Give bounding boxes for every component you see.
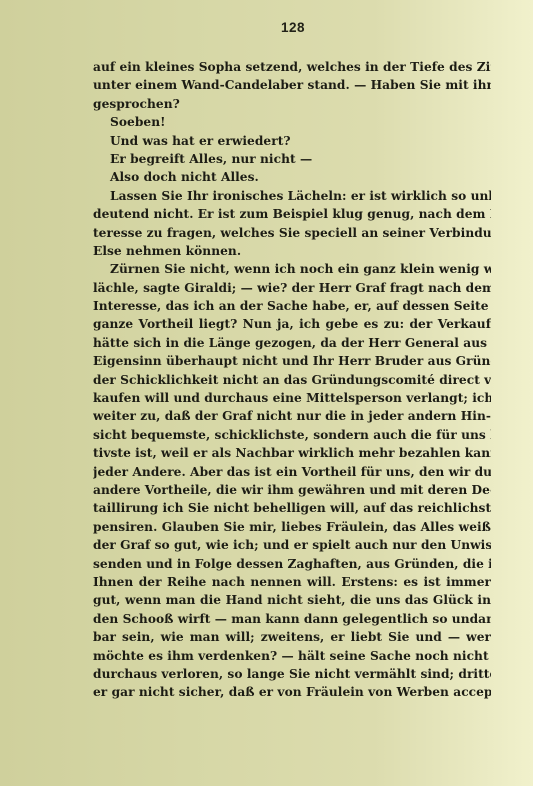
- text-line: gesprochen?: [93, 95, 491, 113]
- text-line: lächle, sagte Giraldi; — wie? der Herr G…: [93, 279, 491, 297]
- text-line: auf ein kleines Sopha setzend, welches i…: [93, 58, 491, 76]
- text-line: Interesse, das ich an der Sache habe, er…: [93, 297, 491, 315]
- text-line: ganze Vortheil liegt? Nun ja, ich gebe e…: [93, 315, 491, 333]
- text-line: jeder Andere. Aber das ist ein Vortheil …: [93, 463, 491, 481]
- text-line: Else nehmen können.: [93, 242, 491, 260]
- text-line: senden und in Folge dessen Zaghaften, au…: [93, 555, 491, 573]
- text-line: er gar nicht sicher, daß er von Fräulein…: [93, 683, 491, 701]
- text-line: kaufen will und durchaus eine Mittelsper…: [93, 389, 491, 407]
- text-line: Ihnen der Reihe nach nennen will. Ersten…: [93, 573, 491, 591]
- text-line: unter einem Wand-Candelaber stand. — Hab…: [93, 76, 491, 94]
- text-line: taillirung ich Sie nicht behelligen will…: [93, 499, 491, 517]
- text-line: Eigensinn überhaupt nicht und Ihr Herr B…: [93, 352, 491, 370]
- text-line: teresse zu fragen, welches Sie speciell …: [93, 224, 491, 242]
- text-line: Lassen Sie Ihr ironisches Lächeln: er is…: [93, 187, 491, 205]
- text-line: Er begreift Alles, nur nicht —: [93, 150, 491, 168]
- text-line: der Schicklichkeit nicht an das Gründung…: [93, 371, 491, 389]
- text-line: der Graf so gut, wie ich; und er spielt …: [93, 536, 491, 554]
- text-line: den Schooß wirft — man kann dann gelegen…: [93, 610, 491, 628]
- text-line: Also doch nicht Alles.: [93, 168, 491, 186]
- text-line: hätte sich in die Länge gezogen, da der …: [93, 334, 491, 352]
- text-line: andere Vortheile, die wir ihm gewähren u…: [93, 481, 491, 499]
- body-text: auf ein kleines Sopha setzend, welches i…: [93, 58, 491, 702]
- text-line: Soeben!: [93, 113, 491, 131]
- text-line: Zürnen Sie nicht, wenn ich noch ein ganz…: [93, 260, 491, 278]
- book-page: 128 auf ein kleines Sopha setzend, welch…: [0, 0, 533, 786]
- text-line: deutend nicht. Er ist zum Beispiel klug …: [93, 205, 491, 223]
- text-line: Und was hat er erwiedert?: [93, 132, 491, 150]
- text-line: weiter zu, daß der Graf nicht nur die in…: [93, 407, 491, 425]
- text-line: bar sein, wie man will; zweitens, er lie…: [93, 628, 491, 646]
- page-number: 128: [0, 20, 533, 35]
- text-line: tivste ist, weil er als Nachbar wirklich…: [93, 444, 491, 462]
- text-line: möchte es ihm verdenken? — hält seine Sa…: [93, 647, 491, 665]
- text-line: sicht bequemste, schicklichste, sondern …: [93, 426, 491, 444]
- text-line: gut, wenn man die Hand nicht sieht, die …: [93, 591, 491, 609]
- text-line: pensiren. Glauben Sie mir, liebes Fräule…: [93, 518, 491, 536]
- text-line: durchaus verloren, so lange Sie nicht ve…: [93, 665, 491, 683]
